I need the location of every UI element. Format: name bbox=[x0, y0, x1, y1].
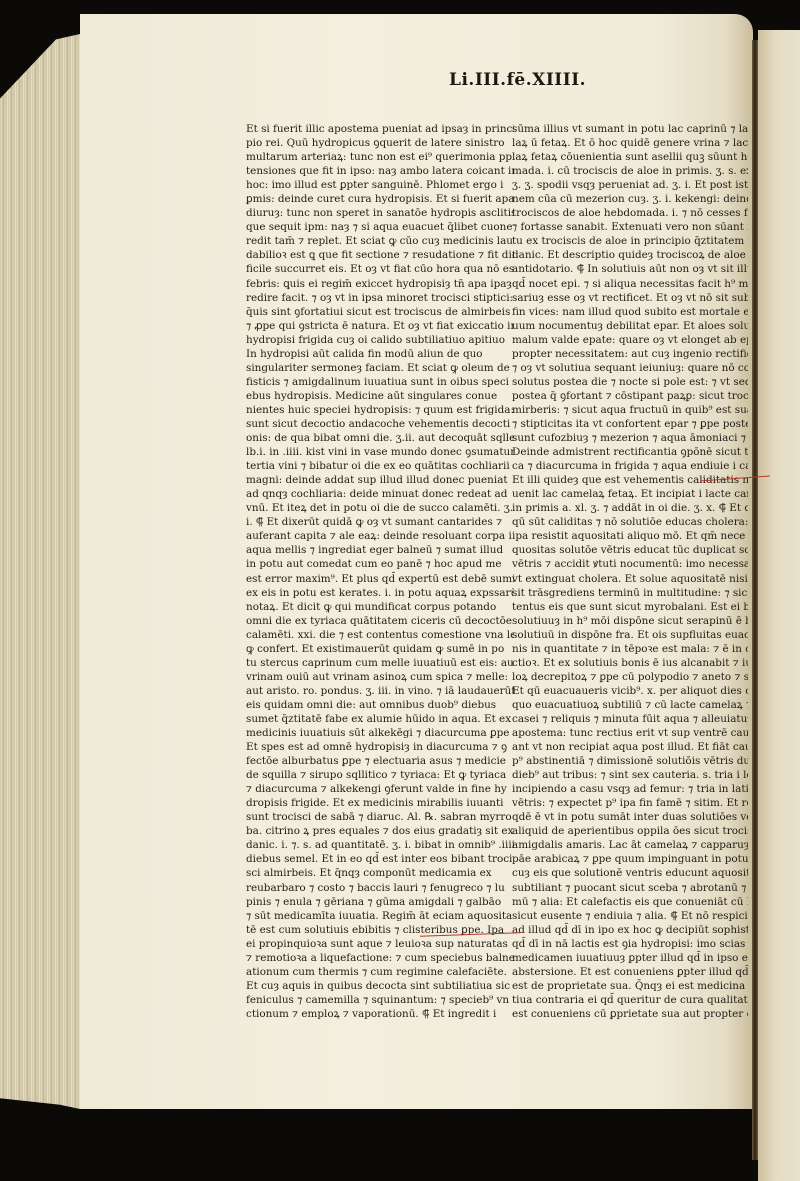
text-line: Et cuȝ aquis in quibus decocta sint subt… bbox=[246, 979, 514, 993]
text-line: aut aristo. ro. pondus. ʒ. iii. in vino.… bbox=[246, 684, 514, 698]
text-line: solutiuuȝ in h⁹ mōi dispōne sicut serapi… bbox=[512, 614, 748, 628]
running-head: Li.III.fē.XIIII. bbox=[449, 70, 586, 90]
text-line: uum nocumentuȝ debilitat epar. Et aloes … bbox=[512, 319, 748, 333]
text-line: abstersione. Et est conueniens ꝑpter ill… bbox=[512, 965, 748, 979]
text-line: malum valde epate: quare oȝ vt elonget a… bbox=[512, 333, 748, 347]
text-line: ctioꝛ. Et ex solutiuis bonis ē ius alcan… bbox=[512, 656, 748, 670]
text-line: In hydropisi aūt calida fin modū aliun d… bbox=[246, 347, 514, 361]
text-line: sumet q̄ztitatē fabe ex alumie hūido in … bbox=[246, 712, 514, 726]
text-line: dieb⁹ aut tribus: ⁊ sint sex cauteria. s… bbox=[512, 768, 748, 782]
text-line: quositas solutōe vētris educat tūc dupli… bbox=[512, 543, 748, 557]
text-line: ad illud qd̄ dī in ipo ex hoc ꝙ decipiūt… bbox=[512, 923, 748, 937]
text-line: notaꝝ. Et dicit ꝙ qui mundificat corpus … bbox=[246, 600, 514, 614]
text-line: tiua contraria ei qd̄ queritur de cura q… bbox=[512, 993, 748, 1007]
text-line: danic. i. ⁊. s. ad quantitatē. ʒ. i. bib… bbox=[246, 838, 514, 852]
text-line: ʒ. ʒ. spodii vsqȝ perueniat ad. ʒ. i. Et… bbox=[512, 178, 748, 192]
text-line: trociscos de aloe hebdomada. i. ⁊ nō ces… bbox=[512, 206, 748, 220]
text-line: dropisis frigide. Et ex medicinis mirabi… bbox=[246, 796, 514, 810]
text-line: in primis a. xl. ʒ. ⁊ addāt in oi die. ʒ… bbox=[512, 501, 748, 515]
text-line: medicinis iuuatiuis sūt alkekēgi ⁊ diacu… bbox=[246, 726, 514, 740]
text-line: diebus semel. Et in eo qd̄ est inter eos… bbox=[246, 852, 514, 866]
text-line: solutiuū in dispōne fra. Et ois supfluit… bbox=[512, 628, 748, 642]
text-line: vrinam ouiū aut vrinam asinoꝝ cum spica … bbox=[246, 670, 514, 684]
text-line: aliquid de aperientibus oppila ōes sicut… bbox=[512, 824, 748, 838]
text-line: solutus postea die ⁊ nocte si pole est: … bbox=[512, 375, 748, 389]
text-line: qd̄ dī in nā lactis est ꝯia hydropisi: i… bbox=[512, 937, 748, 951]
text-line: ⁊ sūt medicamīta iuuatia. Regim̄ āt ecia… bbox=[246, 909, 514, 923]
text-line: propter necessitatem: aut cuȝ ingenio re… bbox=[512, 347, 748, 361]
text-line: feniculus ⁊ camemilla ⁊ squinantum: ⁊ sp… bbox=[246, 993, 514, 1007]
text-line: ipa resistit aquositati aliquo mō. Et qm… bbox=[512, 529, 748, 543]
text-line: dabilioꝛ est ꝗ que fit sectione ⁊ resuda… bbox=[246, 248, 514, 262]
text-line: nientes huic speciei hydropisis: ⁊ quum … bbox=[246, 403, 514, 417]
text-line: ⁊ ꝓpe qui ꝯstricta ē natura. Et oȝ vt fi… bbox=[246, 319, 514, 333]
text-line: qū sūt caliditas ⁊ nō solutiōe educas ch… bbox=[512, 515, 748, 529]
text-line: loꝝ decrepitoꝝ ⁊ ꝑpe cū polypodio ⁊ anet… bbox=[512, 670, 748, 684]
right-text-column: sūma illius vt sumant in potu lac caprin… bbox=[512, 122, 748, 1021]
text-line: medicamen iuuatiuuȝ ꝑpter illud qd̄ in i… bbox=[512, 951, 748, 965]
text-line: est error maxim⁹. Et plus qd̄ expertū es… bbox=[246, 572, 514, 586]
facing-page-edge bbox=[758, 30, 800, 1181]
text-line: ant vt non recipiat aqua post illud. Et … bbox=[512, 740, 748, 754]
text-line: auferant capita ⁊ ale eaꝝ: deinde resolu… bbox=[246, 529, 514, 543]
text-line: diuruȝ: tunc non speret in sanatōe hydro… bbox=[246, 206, 514, 220]
text-line: hoc: imo illud est ꝑpter sanguinē. Phlom… bbox=[246, 178, 514, 192]
text-line: danic. Et descriptio quideȝ trociscoꝝ de… bbox=[512, 248, 748, 262]
text-line: lb.i. in .iiii. kist vini in vase mundo … bbox=[246, 445, 514, 459]
text-line: vētris: ⁊ expectet p⁹ ipa fin famē ⁊ sit… bbox=[512, 796, 748, 810]
text-line: ei propinquioꝛa sunt aque ⁊ leuioꝛa sup … bbox=[246, 937, 514, 951]
text-line: aqua mellis ⁊ ingrediat eger balneū ⁊ su… bbox=[246, 543, 514, 557]
text-line: q̄uis sint ꝯfortatiui sicut est trociscu… bbox=[246, 305, 514, 319]
text-line: multarum arteriaꝝ: tunc non est ei⁹ quer… bbox=[246, 150, 514, 164]
text-line: postea q̄ ꝯfortant ⁊ cōstipant paꝝꝑ: sic… bbox=[512, 389, 748, 403]
text-line: singulariter sermoneȝ faciam. Et sciat ꝙ… bbox=[246, 361, 514, 375]
left-text-column: Et si fuerit illic apostema pueniat ad i… bbox=[246, 122, 514, 1021]
text-line: ationum cum thermis ⁊ cum regimine calef… bbox=[246, 965, 514, 979]
text-line: omni die ex tyriaca quātitatem ciceris c… bbox=[246, 614, 514, 628]
text-line: sit trāsgrediens terminū in multitudine:… bbox=[512, 586, 748, 600]
text-line: est de proprietate sua. Q̄nqȝ ei est med… bbox=[512, 979, 748, 993]
text-line: tensiones que fit in ipso: naȝ ambo late… bbox=[246, 164, 514, 178]
text-line: hydropisi frigida cuȝ oi calido subtilia… bbox=[246, 333, 514, 347]
text-line: tentus eis que sunt sicut myrobalani. Es… bbox=[512, 600, 748, 614]
text-line: ficile succurret eis. Et oȝ vt fiat cūo … bbox=[246, 262, 514, 276]
text-line: laꝝ fetaꝝ cōuenientia sunt asellii quꝫ s… bbox=[512, 150, 748, 164]
page-fore-edges bbox=[0, 34, 80, 1109]
text-line: ⁊ diacurcuma ⁊ alkekengi ꝯferunt valde i… bbox=[246, 782, 514, 796]
text-line: sunt sicut decoctio andacoche vehementis… bbox=[246, 417, 514, 431]
text-line: antidotario. ⸿ In solutiuis aūt non oȝ v… bbox=[512, 262, 748, 276]
text-line: ⁊ fortasse sanabit. Extenuati vero non s… bbox=[512, 220, 748, 234]
text-line: pio rei. Quū hydropicus ꝯquerit de later… bbox=[246, 136, 514, 150]
text-line: fectōe alburbatus ꝑpe ⁊ electuaria asus … bbox=[246, 754, 514, 768]
text-line: reubarbaro ⁊ costo ⁊ baccis lauri ⁊ fenu… bbox=[246, 881, 514, 895]
text-line: nem cūa cū mezerion cuȝ. ʒ. i. kekengi: … bbox=[512, 192, 748, 206]
text-line: eis quidam omni die: aut omnibus duob⁹ d… bbox=[246, 698, 514, 712]
text-line: ba. citrino ꝝ pres equales ⁊ dos eius gr… bbox=[246, 824, 514, 838]
text-line: ⁊ oȝ vt solutiua sequant ieiuniuȝ: quare… bbox=[512, 361, 748, 375]
text-line: nis in quantitate ⁊ in tēpoꝛe est mala: … bbox=[512, 642, 748, 656]
text-line: ⁊ remotioꝛa a liquefactione: ⁊ cum speci… bbox=[246, 951, 514, 965]
text-line: ad qnqȝ cochliaria: deide minuat donec r… bbox=[246, 487, 514, 501]
text-line: est conueniens cū ꝑprietate sua aut prop… bbox=[512, 1007, 748, 1021]
text-line: magni: deinde addat sup illud illud done… bbox=[246, 473, 514, 487]
text-line: ⁊ stipticitas ita vt confortent epar ⁊ ꝑ… bbox=[512, 417, 748, 431]
text-line: vt extinguat cholera. Et solue aquositat… bbox=[512, 572, 748, 586]
text-line: laꝝ ū fetaꝝ. Et ō hoc quidē genere vrina… bbox=[512, 136, 748, 150]
text-line: ebus hydropisis. Medicine aūt singulares… bbox=[246, 389, 514, 403]
text-line: fisticis ⁊ amigdalinum iuuatiua sunt in … bbox=[246, 375, 514, 389]
text-line: quo euacuatiuoꝝ subtiliū ⁊ cū lacte came… bbox=[512, 698, 748, 712]
text-line: redire facit. ⁊ oȝ vt in ipsa minoret tr… bbox=[246, 291, 514, 305]
text-line: Et spes est ad omnē hydropisiȝ in diacur… bbox=[246, 740, 514, 754]
text-line: vnū. Et iteꝝ det in potu oi die de succo… bbox=[246, 501, 514, 515]
text-line: cuȝ eis que solutionē ventris educunt aq… bbox=[512, 866, 748, 880]
text-line: qdē ē vt in potu sumāt inter duas soluti… bbox=[512, 810, 748, 824]
text-line: vētris ⁊ accidit ꝟtuti nocumentū: imo ne… bbox=[512, 557, 748, 571]
text-line: Deinde admistrent rectificantia ꝯpōnē si… bbox=[512, 445, 748, 459]
text-line: sci almirbeis. Et q̄nqȝ componūt medicam… bbox=[246, 866, 514, 880]
text-line: onis: de qua bibat omni die. ʒ.ii. aut d… bbox=[246, 431, 514, 445]
text-line: ex eis in potu est kerates. i. in potu a… bbox=[246, 586, 514, 600]
text-line: sunt trocisci de sabā ⁊ diaruc. Al. ℞. s… bbox=[246, 810, 514, 824]
text-line: Et si fuerit illic apostema pueniat ad i… bbox=[246, 122, 514, 136]
text-line: mada. i. cū trociscis de aloe in primis.… bbox=[512, 164, 748, 178]
text-line: p⁹ abstinentiā ⁊ dimissionē solutiōis vē… bbox=[512, 754, 748, 768]
text-line: ꝙ confert. Et existimauerūt quidam ꝙ sum… bbox=[246, 642, 514, 656]
text-line: casei ⁊ reliquis ⁊ minuta fūit aqua ⁊ al… bbox=[512, 712, 748, 726]
text-line: febris: ꝗuis ei regim̄ exiccet hydropisi… bbox=[246, 277, 514, 291]
text-line: in potu aut comedat cum eo panē ⁊ hoc ap… bbox=[246, 557, 514, 571]
text-line: sariuȝ esse oȝ vt rectificet. Et oȝ vt n… bbox=[512, 291, 748, 305]
text-line: apostema: tunc rectius erit vt sup ventr… bbox=[512, 726, 748, 740]
text-line: sicut eusente ⁊ endiuia ⁊ alia. ⸿ Et nō … bbox=[512, 909, 748, 923]
text-line: redit tam̄ ⁊ replet. Et sciat ꝙ cūo cuȝ … bbox=[246, 234, 514, 248]
text-line: de squilla ⁊ sirupo sqllitico ⁊ tyriaca:… bbox=[246, 768, 514, 782]
text-line: tu stercus caprinum cum melle iuuatiuū e… bbox=[246, 656, 514, 670]
text-line: pinis ⁊ enula ⁊ gēriana ⁊ gūma amigdali … bbox=[246, 895, 514, 909]
text-line: sunt cufozbiuȝ ⁊ mezerion ⁊ aqua āmoniac… bbox=[512, 431, 748, 445]
text-line: mū ⁊ alia: Et calefactis eis que conueni… bbox=[512, 895, 748, 909]
text-line: pāe arabicaꝝ ⁊ ꝑpe quum impinguant in po… bbox=[512, 852, 748, 866]
text-line: mirberis: ⁊ sicut aqua fructuū in quib⁹ … bbox=[512, 403, 748, 417]
text-line: uenit lac camelaꝝ fetaꝝ. Et incipiat i l… bbox=[512, 487, 748, 501]
text-line: fin vices: nam illud quod subito est mor… bbox=[512, 305, 748, 319]
text-line: amigdalis amaris. Lac āt camelaꝝ ⁊ cappa… bbox=[512, 838, 748, 852]
text-line: incipiendo a casu vsqȝ ad femur: ⁊ tria … bbox=[512, 782, 748, 796]
text-line: sūma illius vt sumant in potu lac caprin… bbox=[512, 122, 748, 136]
text-line: ca ⁊ diacurcuma in frigida ⁊ aqua endiui… bbox=[512, 459, 748, 473]
text-line: tu ex trociscis de aloe in principio q̄z… bbox=[512, 234, 748, 248]
text-line: ꝑmis: deinde curet cura hydropisis. Et s… bbox=[246, 192, 514, 206]
text-line: Et qū euacuaueris vicib⁹. x. per aliquot… bbox=[512, 684, 748, 698]
text-line: calamēti. xxi. die ⁊ est contentus comes… bbox=[246, 628, 514, 642]
text-line: subtiliant ⁊ puocant sicut sceba ⁊ abrot… bbox=[512, 881, 748, 895]
text-line: qd̄ nocet epi. ⁊ si aliqua necessitas fa… bbox=[512, 277, 748, 291]
text-line: ctionum ⁊ emploꝝ ⁊ vaporationū. ⸿ Et ing… bbox=[246, 1007, 514, 1021]
text-line: que sequit ipm: naȝ ⁊ si aqua euacuet q̄… bbox=[246, 220, 514, 234]
text-line: tertia vini ⁊ bibatur oi die ex eo quāti… bbox=[246, 459, 514, 473]
text-line: i. ⸿ Et dixerūt quidā ꝙ oȝ vt sumant can… bbox=[246, 515, 514, 529]
